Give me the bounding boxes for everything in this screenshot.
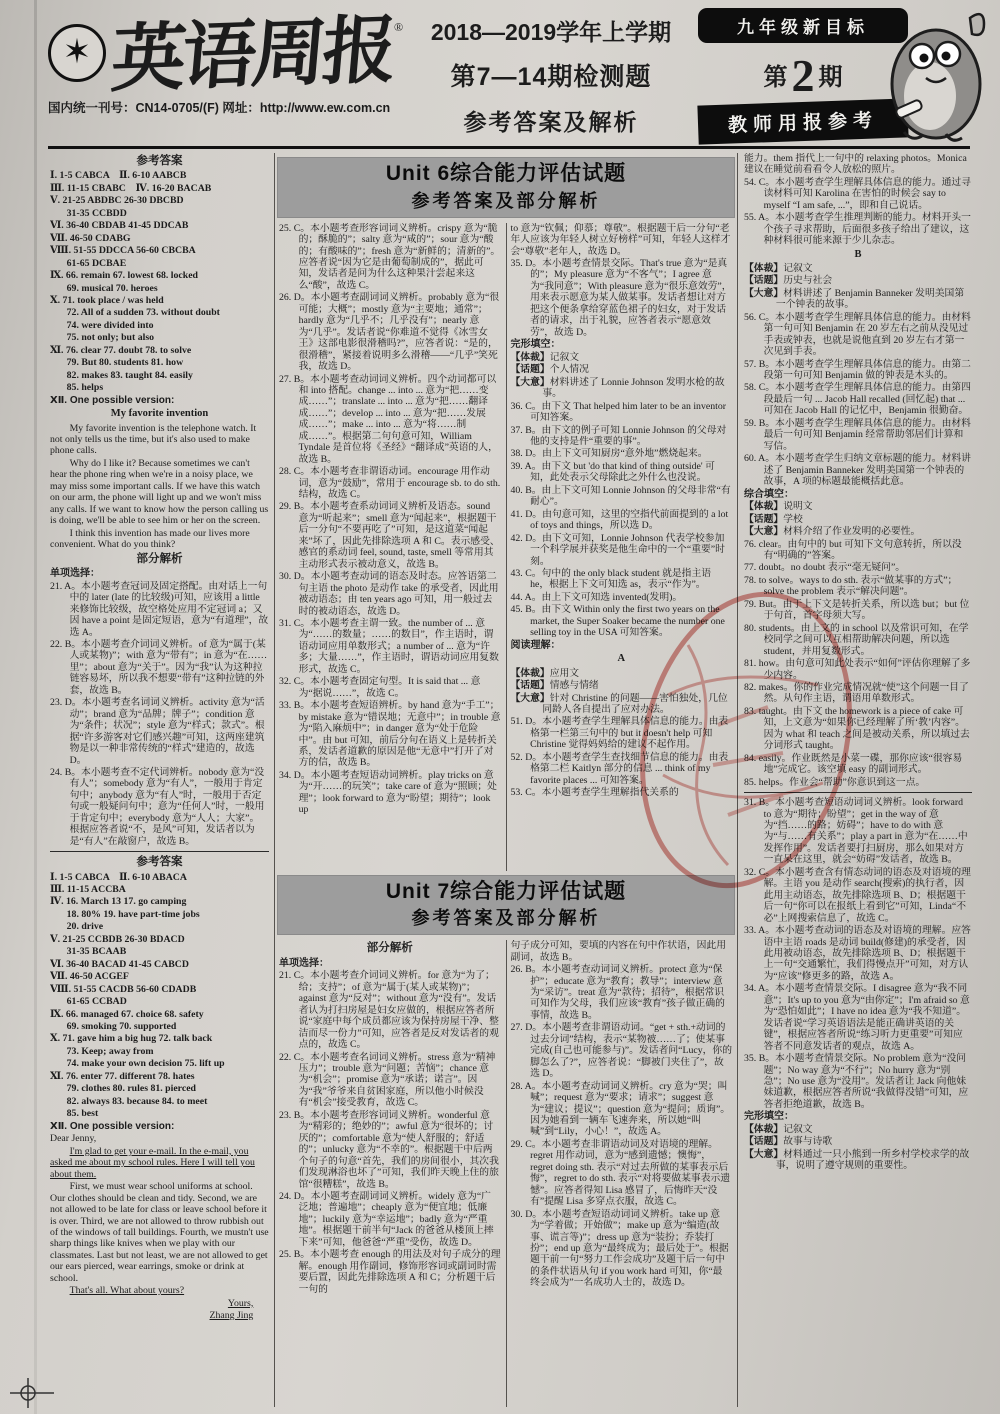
text-paragraph: 【大意】针对 Christine 的问题——害怕独处，几位同龄人各自提出了应对办… bbox=[511, 693, 733, 716]
column-2-unit6: 25. C。本小题考查形容词词义辨析。crispy 意为“脆的；酥脆的”；sal… bbox=[275, 223, 506, 871]
text-paragraph: 22. B。本小题考查介词词义辨析。of 意为“属于(某人或某物)”；with … bbox=[50, 639, 269, 696]
text-paragraph: 【话题】学校 bbox=[744, 514, 972, 525]
text-paragraph: 【大意】材料介绍了作业发明的必要性。 bbox=[744, 526, 972, 537]
unit7-banner: Unit 7综合能力评估试题 参考答案及部分解析 bbox=[277, 875, 735, 936]
text-paragraph: 22. C。本小题考查名词词义辨析。stress 意为“精神压力”；troubl… bbox=[279, 1052, 501, 1109]
text-paragraph: ⅩⅡ. One possible version: bbox=[50, 395, 269, 407]
issue-number: 2 bbox=[788, 50, 819, 101]
text-paragraph: My favorite invention is the telephone w… bbox=[50, 423, 269, 457]
text-paragraph: 83. taught。由下文 the homework is a piece o… bbox=[744, 706, 972, 752]
section-divider bbox=[50, 851, 269, 852]
unit6-banner-title: Unit 6综合能力评估试题 bbox=[277, 162, 735, 187]
column-1: 参考答案Ⅰ. 1-5 CABCA Ⅱ. 6-10 AABCBⅢ. 11-15 C… bbox=[50, 153, 275, 1407]
text-paragraph: 30. D。本小题考查动词的语态及时态。应答语第二句主语 the photo 是… bbox=[279, 571, 501, 617]
text-paragraph: 【体裁】说明文 bbox=[744, 501, 972, 512]
text-paragraph: Ⅷ. 51-55 DDCCA 56-60 CBCBA bbox=[50, 245, 269, 256]
text-paragraph: 79. But 80. students 81. how bbox=[50, 357, 269, 368]
unit6-banner-subtitle: 参考答案及部分解析 bbox=[277, 191, 735, 212]
text-paragraph: 【体裁】记叙文 bbox=[744, 1124, 972, 1135]
text-paragraph: 56. C。本小题考查学生理解具体信息的能力。由材料第一句可知 Benjamin… bbox=[744, 312, 972, 358]
text-paragraph: 61-65 DCBAE bbox=[50, 258, 269, 269]
mascot-illustration bbox=[874, 0, 992, 146]
text-paragraph: 完形填空： bbox=[511, 339, 733, 351]
text-paragraph: 69. musical 70. heroes bbox=[50, 283, 269, 294]
text-paragraph: 26. B。本小题考查动词词义辨析。protect 意为“保护”；educate… bbox=[511, 964, 733, 1021]
text-paragraph: 31-35 CCBDD bbox=[50, 208, 269, 219]
text-paragraph: Ⅺ. 76. clear 77. doubt 78. to solve bbox=[50, 345, 269, 356]
text-paragraph: 【体裁】记叙文 bbox=[511, 352, 733, 363]
text-paragraph: 【话题】历史与社会 bbox=[744, 275, 972, 286]
text-paragraph: 84. easily。作业既然是小菜一碟，那你应该“很容易地”完成它。该空填 e… bbox=[744, 753, 972, 776]
text-paragraph: Ⅰ. 1-5 CABCA Ⅱ. 6-10 ABACA bbox=[50, 872, 269, 883]
masthead-center: 2018—2019学年上学期 第7—14期检测题 参考答案及解析 bbox=[416, 10, 686, 137]
text-paragraph: 80. students。由上文的 in school 以及常识可知，在学校同学… bbox=[744, 623, 972, 657]
unit7-banner-title: Unit 7综合能力评估试题 bbox=[277, 880, 735, 905]
text-paragraph: 31-35 BCAAB bbox=[50, 946, 269, 957]
text-paragraph: 29. C。本小题考查非谓语动词及对语境的理解。regret 用作动词，意为“感… bbox=[511, 1139, 733, 1208]
text-paragraph: 57. B。本小题考查学生理解具体信息的能力。由第二段第一句可知 Benjami… bbox=[744, 359, 972, 382]
text-paragraph: 25. B。本小题考查 enough 的用法及对句子成分的理解。enough 用… bbox=[279, 1249, 501, 1295]
text-paragraph: 31. C。本小题考查主谓一致。the number of ... 意为“……的… bbox=[279, 618, 501, 675]
text-paragraph: Ⅹ. 71. took place / was held bbox=[50, 295, 269, 306]
unit7-banner-subtitle: 参考答案及部分解析 bbox=[277, 908, 735, 929]
crop-mark-icon bbox=[10, 1378, 54, 1408]
text-paragraph: 60. A。本小题考查学生归纳文章标题的能力。材料讲述了 Benjamin Ba… bbox=[744, 453, 972, 487]
text-paragraph: Ⅵ. 36-40 BACAD 41-45 CABCD bbox=[50, 959, 269, 970]
text-paragraph: 75. not only; but also bbox=[50, 332, 269, 343]
text-paragraph: 81. how。由句意可知此处表示“如何”评估你理解了多少内容。 bbox=[744, 658, 972, 681]
text-paragraph: B bbox=[744, 249, 972, 261]
masthead-left: ✶ 英语周报 ® 国内统一刊号：CN14-0705/(F) 网址：http://… bbox=[48, 6, 438, 116]
text-paragraph: 36. C。由下文 That helped him later to be an… bbox=[511, 401, 733, 424]
text-paragraph: 82. makes 83. taught 84. easily bbox=[50, 370, 269, 381]
text-paragraph: 38. D。由上下文可知厨房“意外地”燃烧起来。 bbox=[511, 448, 733, 459]
text-paragraph: 20. drive bbox=[50, 921, 269, 932]
text-paragraph: Ⅵ. 36-40 CBDAB 41-45 DDCAB bbox=[50, 220, 269, 231]
text-paragraph: 部分解析 bbox=[279, 942, 501, 955]
text-paragraph: to 意为“钦佩；仰慕；尊敬”。根据题干后一分句“老年人应该为年轻人树立好榜样”… bbox=[511, 223, 733, 257]
page-columns: 参考答案Ⅰ. 1-5 CABCA Ⅱ. 6-10 AABCBⅢ. 11-15 C… bbox=[50, 153, 972, 1407]
text-paragraph: 单项选择： bbox=[279, 958, 501, 970]
text-paragraph: 18. 80% 19. have part-time jobs bbox=[50, 909, 269, 920]
text-paragraph: 51. D。本小题考查学生理解具体信息的能力。由表格第一栏第三句中的 but i… bbox=[511, 716, 733, 750]
text-paragraph: My favorite invention bbox=[50, 408, 269, 420]
text-paragraph: 参考答案 bbox=[50, 155, 269, 168]
masthead: ✶ 英语周报 ® 国内统一刊号：CN14-0705/(F) 网址：http://… bbox=[48, 0, 970, 149]
text-paragraph: 55. A。本小题考查学生推理判断的能力。材料开头一个孩子寻求帮助，后面很多孩子… bbox=[744, 212, 972, 246]
text-paragraph: 61-65 CCBAD bbox=[50, 996, 269, 1007]
text-paragraph: 39. A。由下文 but 'do that kind of thing out… bbox=[511, 461, 733, 484]
text-paragraph: 【体裁】记叙文 bbox=[744, 263, 972, 274]
text-paragraph: 74. were divided into bbox=[50, 320, 269, 331]
text-paragraph: Yours, bbox=[50, 1298, 269, 1309]
text-paragraph: 32. C。本小题考查固定句型。It is said that ... 意为“据… bbox=[279, 676, 501, 699]
text-paragraph: 72. All of a sudden 73. without doubt bbox=[50, 307, 269, 318]
text-paragraph: 部分解析 bbox=[50, 553, 269, 566]
text-paragraph: 【话题】个人情况 bbox=[511, 364, 733, 375]
text-paragraph: Ⅹ. 71. gave him a big hug 72. talk back bbox=[50, 1033, 269, 1044]
text-paragraph: 25. C。本小题考查形容词词义辨析。crispy 意为“脆的；酥脆的”；sal… bbox=[279, 223, 501, 292]
text-paragraph: 85. best bbox=[50, 1108, 269, 1119]
text-paragraph: 85. helps bbox=[50, 382, 269, 393]
semester-line: 2018—2019学年上学期 bbox=[416, 14, 686, 47]
text-paragraph: 【大意】材料通过一只小熊到一所乡村学校求学的故事，说明了遵守规则的重要性。 bbox=[744, 1149, 972, 1172]
columns-2-3: Unit 6综合能力评估试题 参考答案及部分解析 25. C。本小题考查形容词词… bbox=[275, 153, 738, 1407]
text-paragraph: 37. B。由下文的例子可知 Lonnie Johnson 的父母对他的支持是件… bbox=[511, 425, 733, 448]
newspaper-page: ✶ 英语周报 ® 国内统一刊号：CN14-0705/(F) 网址：http://… bbox=[0, 0, 1000, 1414]
text-paragraph: Ⅷ. 51-55 CACDB 56-60 CDADB bbox=[50, 984, 269, 995]
text-paragraph: Ⅳ. 16. March 13 17. go camping bbox=[50, 896, 269, 907]
text-paragraph: 27. D。本小题考查非谓语动词。“get + sth.+动词的过去分词”结构，… bbox=[511, 1022, 733, 1079]
text-paragraph: Ⅰ. 1-5 CABCA Ⅱ. 6-10 AABCB bbox=[50, 170, 269, 181]
text-paragraph: 40. B。由上下文可知 Lonnie Johnson 的父母非常“有耐心”。 bbox=[511, 485, 733, 508]
text-paragraph: 能力。them 指代上一句中的 relaxing photos。Monica 建… bbox=[744, 153, 972, 176]
text-paragraph: I think this invention has made our live… bbox=[50, 528, 269, 551]
text-paragraph: 单项选择： bbox=[50, 568, 269, 580]
text-paragraph: 42. D。由下文可知，Lonnie Johnson 代表学校参加一个科学展并获… bbox=[511, 533, 733, 567]
text-paragraph: Ⅲ. 11-15 CBABC Ⅳ. 16-20 BACAB bbox=[50, 183, 269, 194]
column-4: 能力。them 指代上一句中的 relaxing photos。Monica 建… bbox=[738, 153, 972, 1407]
text-paragraph: 【话题】故事与诗歌 bbox=[744, 1136, 972, 1147]
column-2-unit7: 部分解析单项选择：21. C。本小题考查介词词义辨析。for 意为“为了；给；支… bbox=[275, 940, 506, 1407]
text-paragraph: Ⅸ. 66. managed 67. choice 68. safety bbox=[50, 1009, 269, 1020]
text-paragraph: 28. A。本小题考查动词词义辨析。cry 意为“哭；叫喊”；request 意… bbox=[511, 1081, 733, 1138]
text-paragraph: 79. clothes 80. rules 81. pierced bbox=[50, 1083, 269, 1094]
text-paragraph: Why do I like it? Because sometimes we c… bbox=[50, 458, 269, 527]
text-paragraph: 【大意】材料讲述了 Lonnie Johnson 发明水枪的故事。 bbox=[511, 377, 733, 400]
text-paragraph: I'm glad to get your e-mail. In the e-ma… bbox=[50, 1146, 269, 1180]
text-paragraph: 26. D。本小题考查副词词义辨析。probably 意为“很可能；大概”；mo… bbox=[279, 292, 501, 372]
text-paragraph: Ⅶ. 46-50 ACGEF bbox=[50, 971, 269, 982]
text-paragraph: 41. D。由句意可知，这里的空指代前面提到的 a lot of toys an… bbox=[511, 509, 733, 532]
text-paragraph: 33. B。本小题考查短语辨析。by hand 意为“手工”；by mistak… bbox=[279, 700, 501, 769]
text-paragraph: 59. B。本小题考查学生理解具体信息的能力。由材料最后一句可知 Benjami… bbox=[744, 418, 972, 452]
text-paragraph: Dear Jenny, bbox=[50, 1133, 269, 1144]
text-paragraph: 参考答案 bbox=[50, 856, 269, 869]
text-paragraph: 27. B。本小题考查动词词义辨析。四个动词都可以和 into 搭配。chang… bbox=[279, 374, 501, 466]
text-paragraph: 69. smoking 70. supported bbox=[50, 1021, 269, 1032]
text-paragraph: 53. C。本小题考查学生理解指代关系的 bbox=[511, 787, 733, 798]
text-paragraph: A bbox=[511, 653, 733, 665]
text-paragraph: 21. A。本小题考查冠词及固定搭配。由对话上一句中的 later (late … bbox=[50, 581, 269, 638]
text-paragraph: 44. A。由上下文可知选 invented(发明)。 bbox=[511, 592, 733, 603]
text-paragraph: Zhang Jing bbox=[50, 1310, 269, 1321]
text-paragraph: 24. B。本小题考查不定代词辨析。nobody 意为“没有人”；somebod… bbox=[50, 767, 269, 847]
text-paragraph: ⅩⅡ. One possible version: bbox=[50, 1121, 269, 1133]
text-paragraph: Ⅴ. 21-25 CCBDB 26-30 BDACD bbox=[50, 934, 269, 945]
text-paragraph: 52. D。本小题考查学生查找细节信息的能力。由表格第二栏 Kaitlyn 部分… bbox=[511, 752, 733, 786]
unit6-banner: Unit 6综合能力评估试题 参考答案及部分解析 bbox=[277, 157, 735, 218]
text-paragraph: 24. D。本小题考查副词词义辨析。widely 意为“广泛地；普遍地”；che… bbox=[279, 1191, 501, 1248]
ew-logo-icon: ✶ bbox=[48, 24, 106, 82]
text-paragraph: 73. Keep; away from bbox=[50, 1046, 269, 1057]
text-paragraph: 76. clear。由句中的 but 可知下文句意转折，所以没有“明确的”答案。 bbox=[744, 539, 972, 562]
text-paragraph: 43. C。句中的 the only black student 就是指主语 h… bbox=[511, 568, 733, 591]
answers-title-line: 参考答案及解析 bbox=[416, 104, 686, 137]
column-3-unit7: 句子成分可知，要填的内容在句中作状语，因此用副词，故选 B。26. B。本小题考… bbox=[506, 940, 738, 1407]
text-paragraph: 34. A。本小题考查情景交际。I disagree 意为“我不同意”；It's… bbox=[744, 983, 972, 1052]
text-paragraph: 58. C。本小题考查学生理解具体信息的能力。由第四段最后一句 ... Jaco… bbox=[744, 382, 972, 416]
text-paragraph: 35. D。本小题考查情景交际。That's true 意为“是真的”；My p… bbox=[511, 258, 733, 338]
text-paragraph: 30. D。本小题考查短语动词词义辨析。take up 意为“学着做；开始做”；… bbox=[511, 1209, 733, 1289]
text-paragraph: 34. D。本小题考查短语动词辨析。play tricks on 意为“开……的… bbox=[279, 770, 501, 816]
text-paragraph: 82. always 83. because 84. to meet bbox=[50, 1096, 269, 1107]
text-paragraph: 54. C。本小题考查学生理解具体信息的能力。通过寻读材料可知 Karolina… bbox=[744, 177, 972, 211]
text-paragraph: 【大意】材料讲述了 Benjamin Banneker 发明美国第一个钟表的故事… bbox=[744, 288, 972, 311]
text-paragraph: Ⅲ. 11-15 ACCBA bbox=[50, 884, 269, 895]
text-paragraph: 31. B。本小题考查短语动词词义辨析。look forward to 意为“期… bbox=[744, 797, 972, 866]
section-divider bbox=[744, 792, 972, 793]
text-paragraph: Ⅺ. 76. enter 77. different 78. hates bbox=[50, 1071, 269, 1082]
text-paragraph: First, we must wear school uniforms at s… bbox=[50, 1181, 269, 1284]
text-paragraph: 【体裁】应用文 bbox=[511, 668, 733, 679]
text-paragraph: 综合填空： bbox=[744, 489, 972, 501]
text-paragraph: 82. makes。你的作业完成情况就“使”这个问题一目了然。从句作主语，谓语用… bbox=[744, 682, 972, 705]
text-paragraph: 阅读理解： bbox=[511, 640, 733, 652]
text-paragraph: 完形填空： bbox=[744, 1111, 972, 1123]
text-paragraph: 句子成分可知，要填的内容在句中作状语，因此用副词，故选 B。 bbox=[511, 940, 733, 963]
issn-line: 国内统一刊号：CN14-0705/(F) 网址：http://www.ew.co… bbox=[48, 98, 438, 116]
text-paragraph: 85. helps。作业会“帮助”你意识到这一点。 bbox=[744, 777, 972, 788]
text-paragraph: 77. doubt。no doubt 表示“毫无疑问”。 bbox=[744, 562, 972, 573]
text-paragraph: 29. B。本小题考查系动词词义辨析及语态。sound 意为“听起来”；smel… bbox=[279, 501, 501, 570]
text-paragraph: 35. B。本小题考查情景交际。No problem 意为“没问题”；No wa… bbox=[744, 1053, 972, 1110]
text-paragraph: 78. to solve。ways to do sth. 表示“做某事的方式”；… bbox=[744, 575, 972, 598]
text-paragraph: That's all. What about yours? bbox=[50, 1285, 269, 1296]
text-paragraph: 33. A。本小题考查动词的语态及对语境的理解。应答语中主语 roads 是动词… bbox=[744, 925, 972, 982]
text-paragraph: 32. C。本小题考查含有情态动词的语态及对语境的理解。主语 you 是动作 s… bbox=[744, 867, 972, 924]
issue-range-line: 第7—14期检测题 bbox=[416, 57, 686, 93]
text-paragraph: 23. B。本小题考查形容词词义辨析。wonderful 意为“精彩的；绝妙的”… bbox=[279, 1110, 501, 1190]
text-paragraph: Ⅸ. 66. remain 67. lowest 68. locked bbox=[50, 270, 269, 281]
text-paragraph: 45. B。由下文 Within only the first two year… bbox=[511, 604, 733, 638]
column-3-unit6: to 意为“钦佩；仰慕；尊敬”。根据题干后一分句“老年人应该为年轻人树立好榜样”… bbox=[506, 223, 738, 871]
text-paragraph: 【话题】情感与情绪 bbox=[511, 680, 733, 691]
text-paragraph: 28. C。本小题考查非谓语动词。encourage 用作动词，意为“鼓励”，常… bbox=[279, 466, 501, 500]
text-paragraph: Ⅴ. 21-25 ABDBC 26-30 DBCBD bbox=[50, 195, 269, 206]
text-paragraph: 79. But。由于上下文是转折关系，所以选 but；but 位于句首，首字母须… bbox=[744, 599, 972, 622]
text-paragraph: Ⅶ. 46-50 CDABG bbox=[50, 233, 269, 244]
text-paragraph: 23. D。本小题考查名词词义辨析。activity 意为“活动”；brand … bbox=[50, 697, 269, 766]
text-paragraph: 74. make your own decision 75. lift up bbox=[50, 1058, 269, 1069]
newspaper-title: 英语周报 bbox=[108, 13, 396, 100]
text-paragraph: 21. C。本小题考查介词词义辨析。for 意为“为了；给；支持”；of 意为“… bbox=[279, 970, 501, 1050]
